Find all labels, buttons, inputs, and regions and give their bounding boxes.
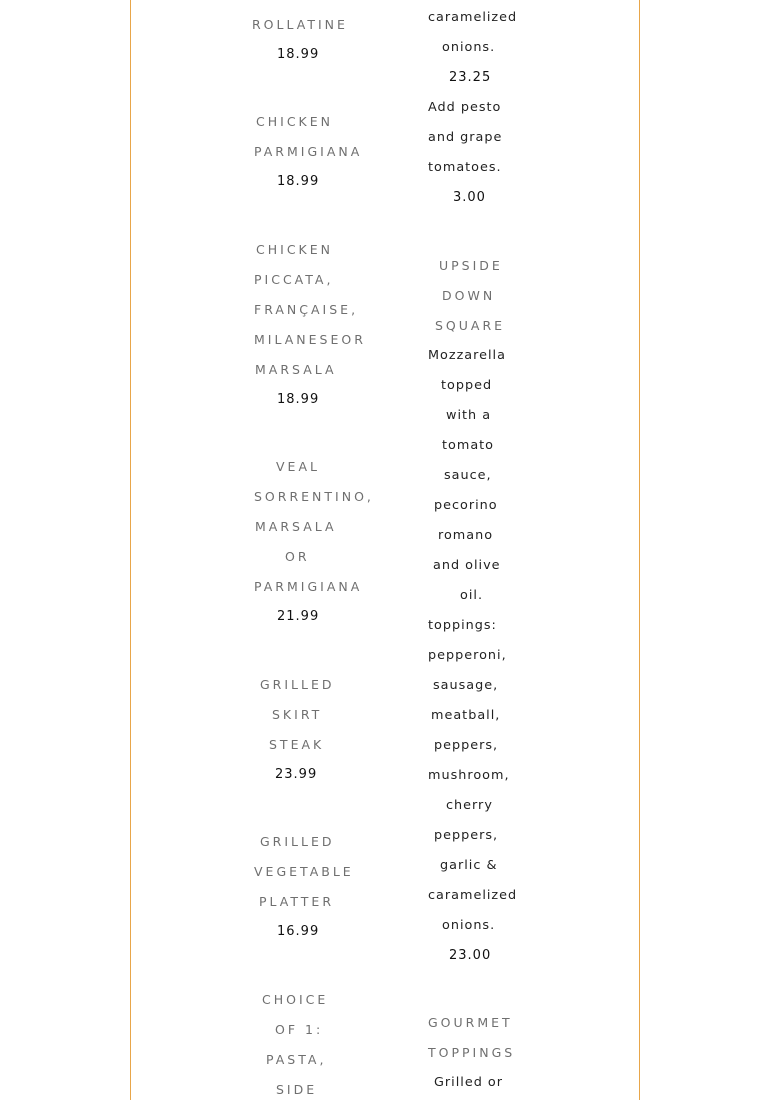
item-description-line: topped	[441, 371, 492, 401]
item-description-line: oil.	[460, 581, 483, 611]
item-name-line: MARSALA	[255, 512, 337, 542]
item-price: 18.99	[277, 385, 319, 415]
item-name-line: VEGETABLE	[254, 857, 354, 887]
item-name-line: GRILLED	[260, 827, 335, 857]
item-price: 23.25	[449, 63, 491, 93]
item-name-line: GOURMET	[428, 1008, 513, 1038]
item-price: 23.99	[275, 760, 317, 790]
item-name-line: SKIRT	[272, 700, 322, 730]
item-name-line: MARSALA	[255, 355, 337, 385]
item-description-line: onions.	[442, 33, 495, 63]
item-description-line: Grilled or	[434, 1068, 503, 1098]
item-description-line: and grape	[428, 123, 502, 153]
item-name-line: OF 1:	[275, 1015, 323, 1045]
item-name-line: OR	[285, 542, 310, 572]
item-name-line: CHICKEN	[256, 235, 333, 265]
item-name-line: PARMIGIANA	[254, 572, 362, 602]
item-description-line: caramelized	[428, 881, 517, 911]
item-description-line: Mozzarella	[428, 341, 506, 371]
item-name-line: MILANESEOR	[254, 325, 366, 355]
item-description-line: sausage,	[433, 671, 498, 701]
item-description-line: toppings:	[428, 611, 497, 641]
item-description-line: mushroom,	[428, 761, 510, 791]
item-name-line: EGGPLANT	[252, 0, 344, 10]
item-name-line: DOWN	[442, 281, 495, 311]
item-name-line: UPSIDE	[439, 251, 503, 281]
item-description-line: sauce,	[444, 461, 492, 491]
item-price: 18.99	[277, 40, 319, 70]
item-name-line: FRANÇAISE,	[254, 295, 358, 325]
item-description-line: cherry	[446, 791, 493, 821]
item-name-line: CHOICE	[262, 985, 328, 1015]
item-name-line: GRILLED	[260, 670, 335, 700]
menu-frame	[130, 0, 640, 1100]
item-name-line: ROLLATINE	[252, 10, 348, 40]
item-description-line: Add pesto	[428, 93, 501, 123]
item-description-line: meatball,	[431, 701, 500, 731]
item-name-line: VEAL	[276, 452, 320, 482]
item-description-line: peppers,	[434, 821, 498, 851]
item-description-line: romano	[438, 521, 493, 551]
item-price: 21.99	[277, 602, 319, 632]
item-description-line: and olive	[433, 551, 501, 581]
item-name-line: TOPPINGS	[428, 1038, 515, 1068]
item-price: 3.00	[453, 183, 486, 213]
item-description-line: garlic &	[440, 851, 497, 881]
item-description-line: tomato	[442, 431, 494, 461]
item-description-line: with a	[446, 401, 491, 431]
item-name-line: PASTA,	[266, 1045, 326, 1075]
item-name-line: PARMIGIANA	[254, 137, 362, 167]
item-description-line: onions.	[442, 911, 495, 941]
item-description-line: tomatoes.	[428, 153, 502, 183]
item-price: 16.99	[277, 917, 319, 947]
item-name-line: PICCATA,	[254, 265, 333, 295]
item-name-line: CHICKEN	[256, 107, 333, 137]
item-name-line: SORRENTINO,	[254, 482, 374, 512]
item-description-line: caramelized	[428, 3, 517, 33]
item-name-line: STEAK	[269, 730, 324, 760]
item-name-line: SQUARE	[435, 311, 505, 341]
item-name-line: PLATTER	[259, 887, 334, 917]
item-description-line: pecorino	[434, 491, 498, 521]
item-price: 18.99	[277, 167, 319, 197]
item-description-line: pepperoni,	[428, 641, 507, 671]
item-description-line: peppers,	[434, 731, 498, 761]
item-price: 23.00	[449, 941, 491, 971]
item-name-line: SIDE	[276, 1075, 317, 1100]
